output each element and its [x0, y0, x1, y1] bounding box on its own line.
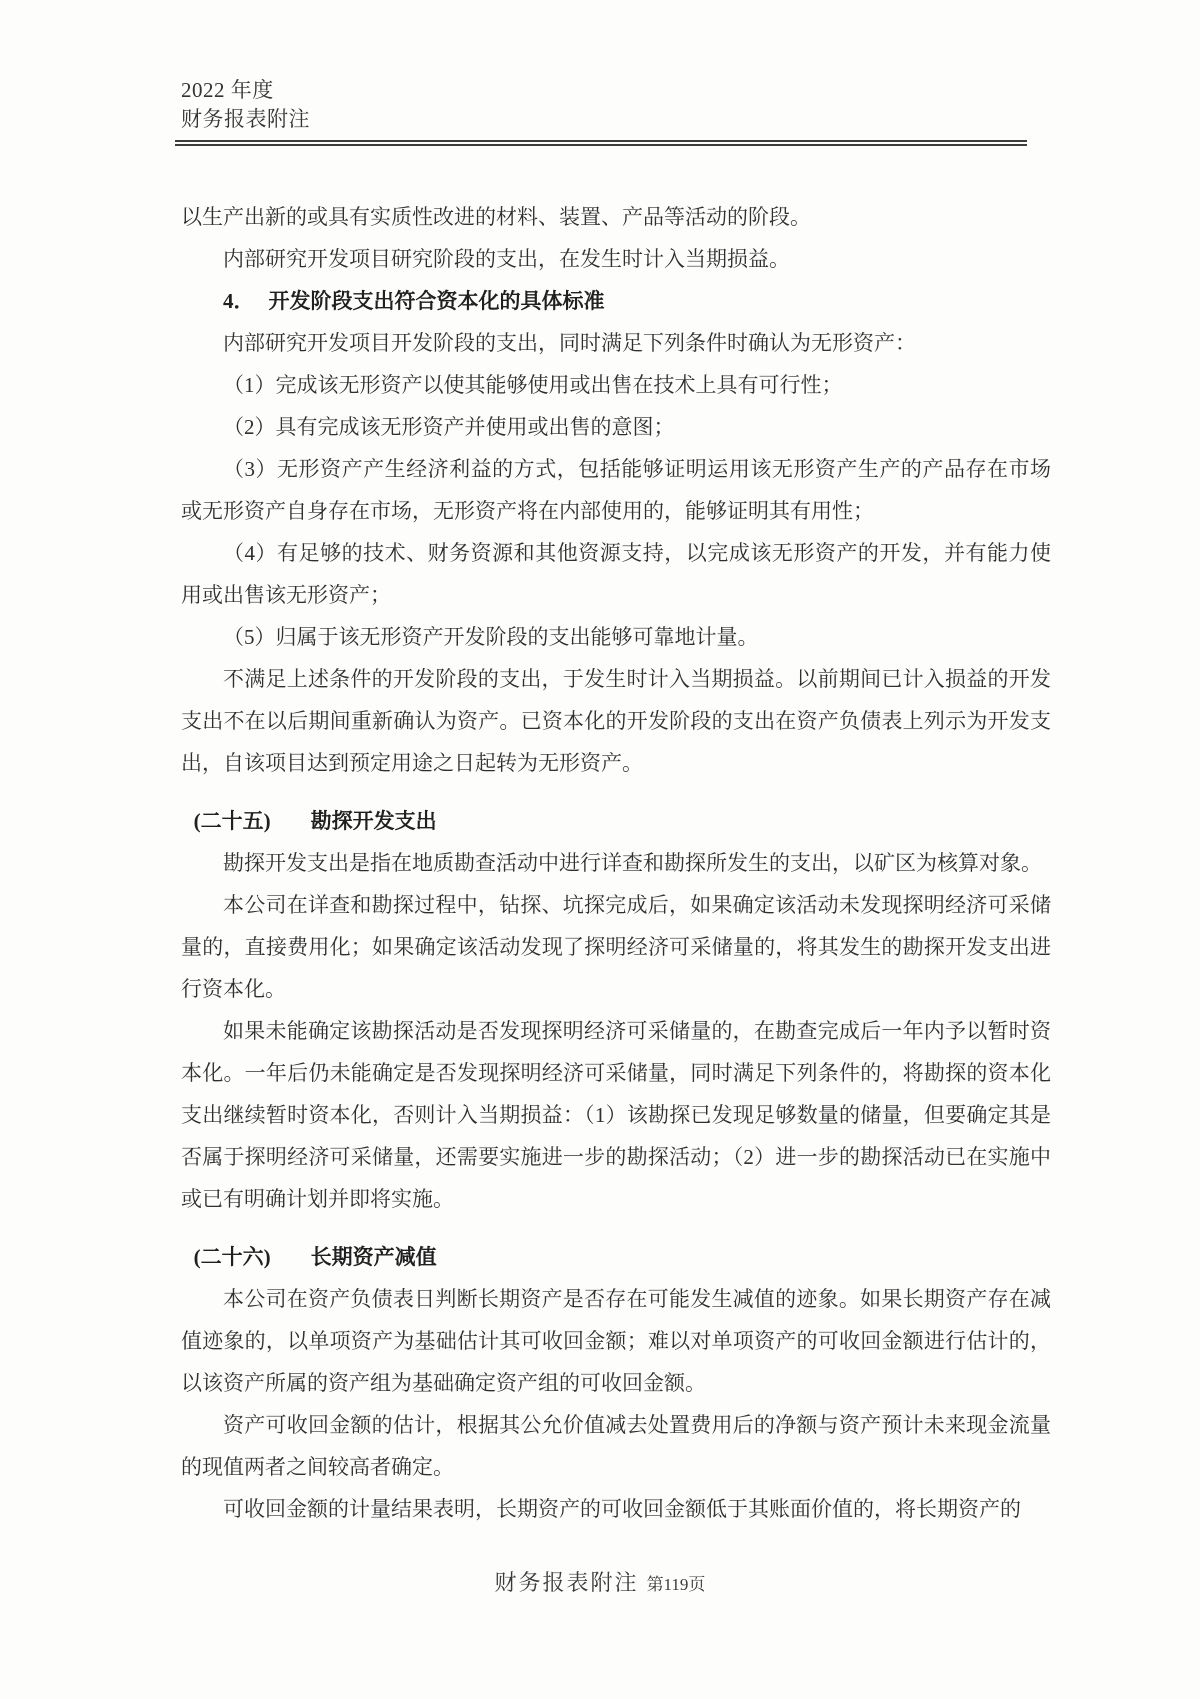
- list-item-5: （5）归属于该无形资产开发阶段的支出能够可靠地计量。: [181, 616, 1051, 658]
- paragraph: 不满足上述条件的开发阶段的支出，于发生时计入当期损益。以前期间已计入损益的开发支…: [181, 658, 1051, 784]
- section-title: 长期资产减值: [311, 1245, 437, 1269]
- section-number: (二十六): [194, 1245, 271, 1269]
- list-item-4: （4）有足够的技术、财务资源和其他资源支持，以完成该无形资产的开发，并有能力使用…: [181, 532, 1051, 616]
- footer-doc-title: 财务报表附注: [495, 1570, 639, 1595]
- footer-page-number: 第119页: [647, 1575, 706, 1594]
- paragraph: 如果未能确定该勘探活动是否发现探明经济可采储量的，在勘查完成后一年内予以暂时资本…: [181, 1010, 1051, 1220]
- document-body: 以生产出新的或具有实质性改进的材料、装置、产品等活动的阶段。 内部研究开发项目研…: [181, 196, 1051, 1530]
- paragraph-continuation: 以生产出新的或具有实质性改进的材料、装置、产品等活动的阶段。: [181, 196, 1051, 238]
- section-number: (二十五): [194, 809, 271, 833]
- page-header: 2022 年度 财务报表附注: [181, 76, 1051, 146]
- subsection-number: 4．: [223, 289, 255, 313]
- list-item-3: （3）无形资产产生经济利益的方式，包括能够证明运用该无形资产生产的产品存在市场或…: [181, 448, 1051, 532]
- page-footer: 财务报表附注第119页: [0, 1568, 1200, 1601]
- document-page: 2022 年度 财务报表附注 以生产出新的或具有实质性改进的材料、装置、产品等活…: [0, 0, 1200, 1699]
- subsection-title: 开发阶段支出符合资本化的具体标准: [269, 289, 605, 313]
- paragraph: 本公司在详查和勘探过程中，钻探、坑探完成后，如果确定该活动未发现探明经济可采储量…: [181, 884, 1051, 1010]
- section-title: 勘探开发支出: [311, 809, 437, 833]
- paragraph: 内部研究开发项目开发阶段的支出，同时满足下列条件时确认为无形资产：: [181, 322, 1051, 364]
- subsection-heading-4: 4．开发阶段支出符合资本化的具体标准: [181, 280, 1051, 322]
- section-heading-26: (二十六)长期资产减值: [181, 1236, 1051, 1278]
- paragraph: 内部研究开发项目研究阶段的支出，在发生时计入当期损益。: [181, 238, 1051, 280]
- paragraph: 勘探开发支出是指在地质勘查活动中进行详查和勘探所发生的支出，以矿区为核算对象。: [181, 842, 1051, 884]
- section-heading-25: (二十五)勘探开发支出: [181, 800, 1051, 842]
- header-divider-rule: [175, 140, 1027, 146]
- header-doc-title: 财务报表附注: [181, 105, 1051, 134]
- paragraph-continues-next-page: 可收回金额的计量结果表明，长期资产的可收回金额低于其账面价值的，将长期资产的: [181, 1488, 1051, 1530]
- paragraph: 资产可收回金额的估计，根据其公允价值减去处置费用后的净额与资产预计未来现金流量的…: [181, 1404, 1051, 1488]
- paragraph: 本公司在资产负债表日判断长期资产是否存在可能发生减值的迹象。如果长期资产存在减值…: [181, 1278, 1051, 1404]
- list-item-2: （2）具有完成该无形资产并使用或出售的意图；: [181, 406, 1051, 448]
- list-item-1: （1）完成该无形资产以使其能够使用或出售在技术上具有可行性；: [181, 364, 1051, 406]
- header-year-label: 2022 年度: [181, 76, 1051, 105]
